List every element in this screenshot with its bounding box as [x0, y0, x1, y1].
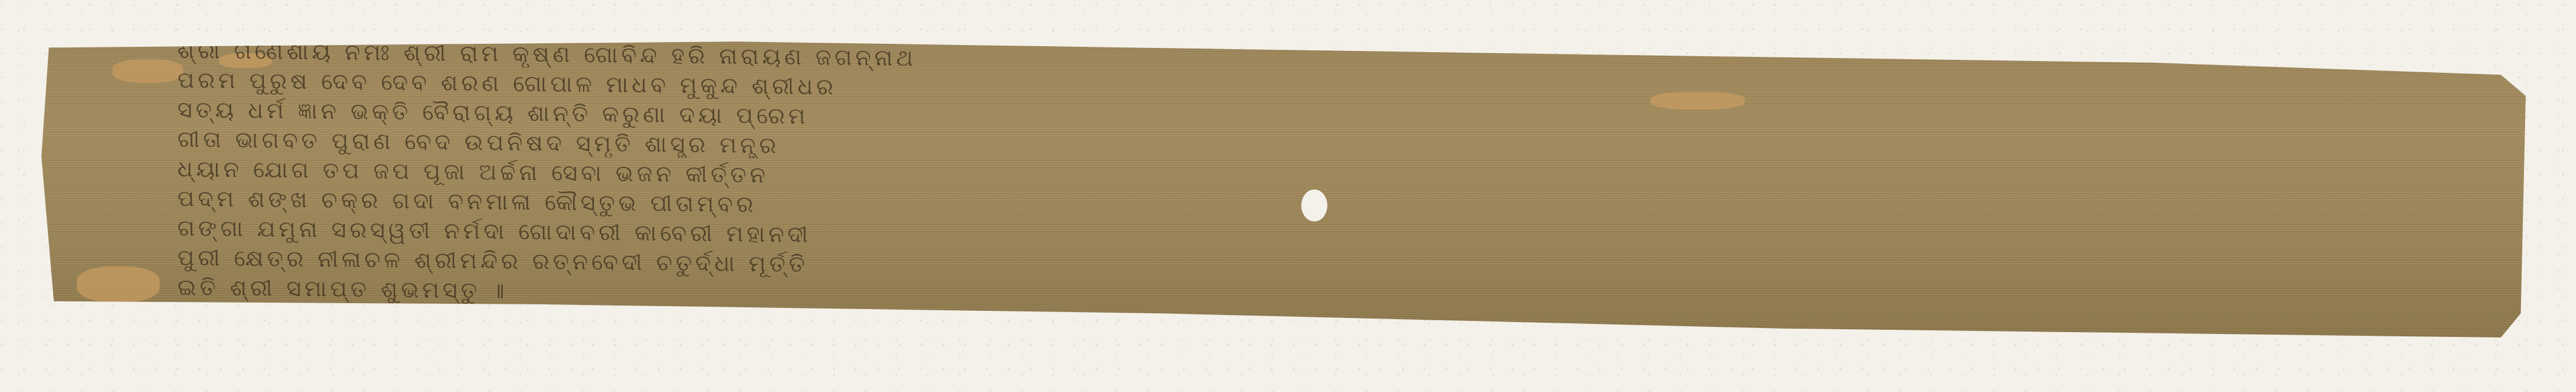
palm-leaf-manuscript: ଶ୍ରୀ ଗଣେଶାୟ ନମଃ ଶ୍ରୀ ରାମ କୃଷ୍ଣ ଗୋବିନ୍ଦ ହ… — [41, 36, 2526, 338]
insect-damage — [112, 59, 183, 83]
manuscript-text: ଶ୍ରୀ ଗଣେଶାୟ ନମଃ ଶ୍ରୀ ରାମ କୃଷ୍ଣ ଗୋବିନ୍ଦ ହ… — [177, 47, 2449, 314]
insect-damage — [77, 266, 160, 302]
string-hole — [1301, 189, 1327, 221]
